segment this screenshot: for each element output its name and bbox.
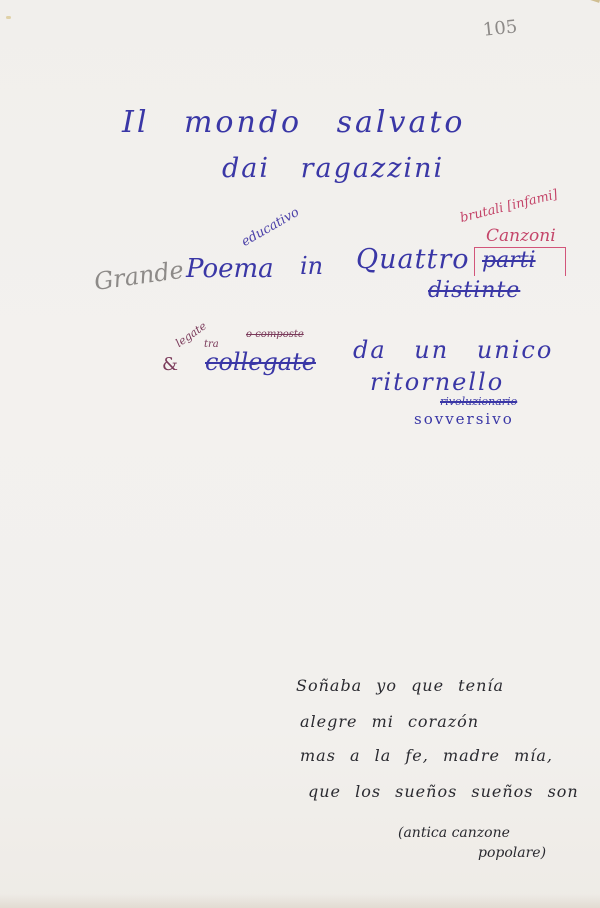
text-da-un-unico: da un unico [353, 338, 553, 362]
epigraph-attribution-2: popolare) [478, 846, 546, 860]
ampersand-marker: & [162, 356, 178, 374]
epigraph-attribution-1: (antica canzone [398, 826, 510, 840]
insert-canzoni: Canzoni [486, 228, 556, 245]
subtitle-quattro: Quattro [356, 246, 469, 273]
subtitle-poema: Poema [186, 256, 274, 282]
paper-corner-tear [530, 0, 600, 14]
paper-speck [6, 16, 11, 19]
title-line-1: Il mondo salvato [122, 108, 465, 138]
title-line-2: dai ragazzini [222, 155, 444, 182]
struck-parti: parti [482, 250, 536, 272]
page-number: 105 [482, 18, 518, 39]
subtitle-in: in [300, 254, 323, 278]
insert-educativo: educativo [240, 206, 302, 249]
paper-bottom-edge [0, 894, 600, 908]
subtitle-grande: Grande [93, 258, 185, 294]
epigraph-line-1: Soñaba yo que tenía [296, 678, 504, 694]
text-sovversivo: sovversivo [414, 412, 514, 427]
struck-o-composte: o composte [246, 330, 304, 340]
epigraph-line-3: mas a la fe, madre mía, [300, 748, 553, 764]
text-ritornello: ritornello [370, 370, 504, 394]
epigraph-line-4: que los sueños sueños son [308, 784, 579, 800]
manuscript-page: 105 Il mondo salvato dai ragazzini Grand… [0, 0, 600, 908]
epigraph-line-2: alegre mi corazón [300, 714, 479, 730]
struck-collegate: collegate [205, 350, 316, 374]
struck-rivoluzionario: rivoluzionario [440, 396, 517, 407]
struck-distinte: distinte [428, 280, 520, 302]
insert-brutali-infami: brutali [infami] [459, 188, 559, 225]
